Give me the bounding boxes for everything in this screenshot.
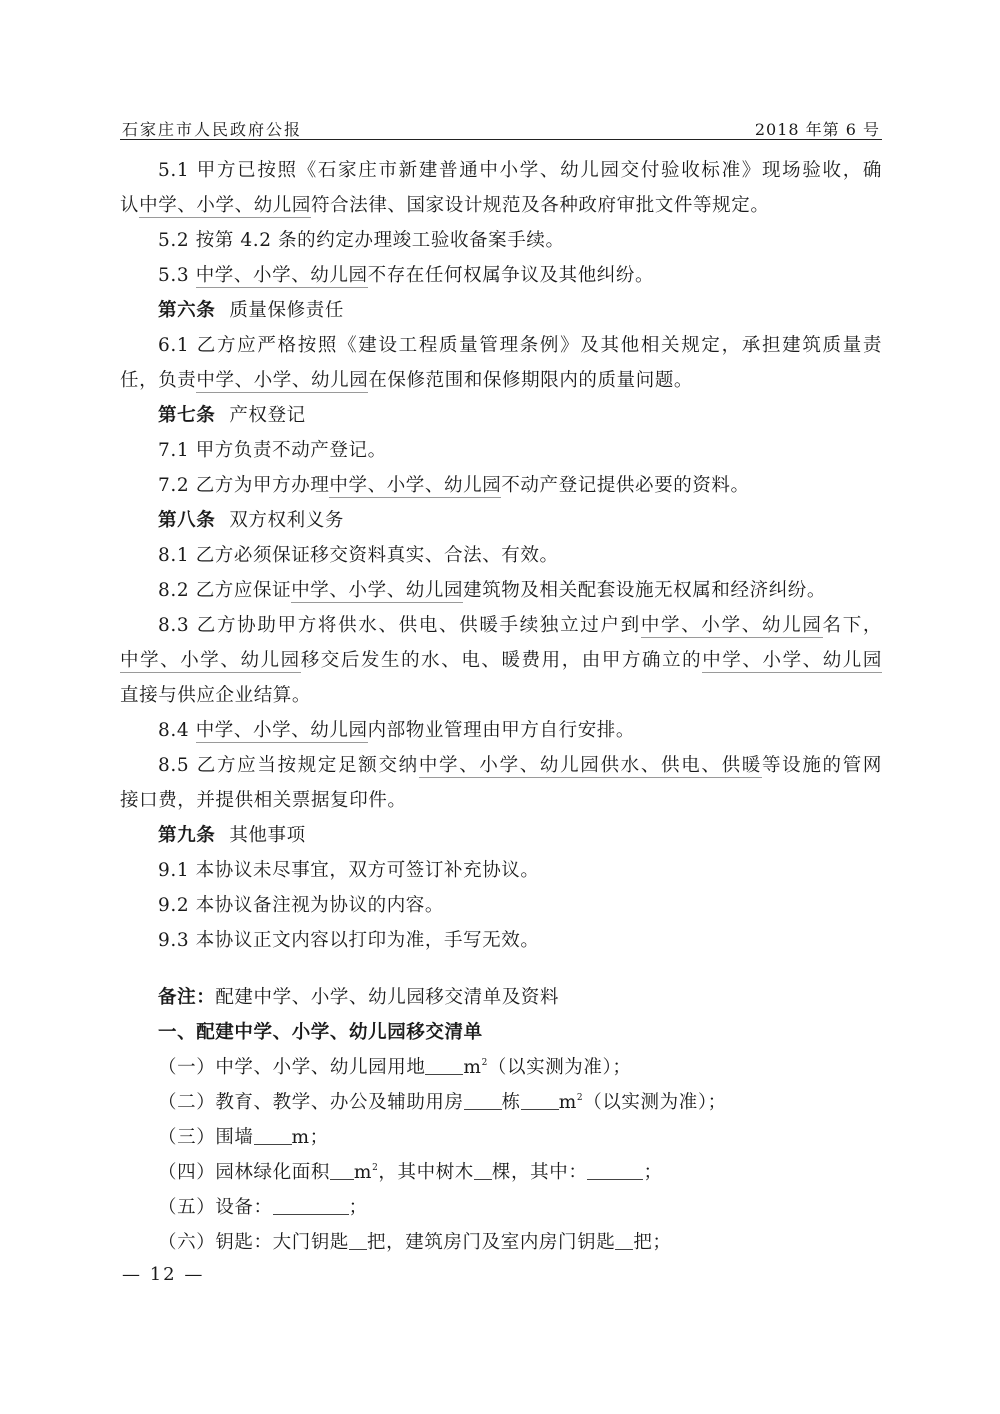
underlined-term: 中学、小学、幼儿园 <box>139 195 311 218</box>
clause-6-1-line-1: 6.1 乙方应严格按照《建设工程质量管理条例》及其他相关规定，承担建筑质量责 <box>120 330 882 365</box>
article-title: 第七条 <box>158 405 215 426</box>
unit: m <box>559 1092 577 1113</box>
item-tail: m； <box>292 1127 329 1148</box>
section-1-title: 一、配建中学、小学、幼儿园移交清单 <box>120 1017 882 1052</box>
blank-field <box>425 1056 463 1075</box>
underlined-term: 中学、小学、幼儿园 <box>329 475 501 498</box>
item-text: 设备： <box>215 1197 272 1218</box>
blank-field <box>474 1161 492 1180</box>
article-6-heading: 第六条质量保修责任 <box>120 295 882 330</box>
blank-field <box>273 1196 349 1215</box>
item-text: 棵，其中： <box>492 1162 588 1183</box>
item-number: （一） <box>158 1057 215 1078</box>
item-number: （四） <box>158 1162 215 1183</box>
item-text: 栋 <box>502 1092 521 1113</box>
underlined-term: 中学、小学、幼儿园 <box>641 615 823 638</box>
item-tail: （以实测为准）； <box>583 1092 727 1113</box>
clause-8-3-line-3: 直接与供应企业结算。 <box>120 680 882 715</box>
unit: m <box>354 1162 372 1183</box>
text: 不动产登记提供必要的资料。 <box>501 475 749 496</box>
list-item-3: （三）围墙m； <box>120 1122 882 1157</box>
text: 8.5 乙方应当按规定足额交纳 <box>158 755 419 776</box>
underlined-term: 中学、小学、幼儿园 <box>120 650 301 673</box>
clause-9-2: 9.2 本协议备注视为协议的内容。 <box>120 890 882 925</box>
clause-6-1-line-2: 任，负责中学、小学、幼儿园在保修范围和保修期限内的质量问题。 <box>120 365 882 400</box>
document-body: 5.1 甲方已按照《石家庄市新建普通中小学、幼儿园交付验收标准》现场验收，确 认… <box>120 155 882 1262</box>
article-name: 双方权利义务 <box>229 510 344 531</box>
clause-number: 8.4 <box>158 720 196 741</box>
underlined-term: 中学、小学、幼儿园 <box>196 265 368 288</box>
item-number: （三） <box>158 1127 215 1148</box>
clause-8-3-line-1: 8.3 乙方协助甲方将供水、供电、供暖手续独立过户到中学、小学、幼儿园名下， <box>120 610 882 645</box>
page-number: — 12 — <box>122 1264 204 1285</box>
text: 名下， <box>823 615 882 636</box>
list-item-5: （五）设备：； <box>120 1192 882 1227</box>
remarks-label: 备注： <box>158 987 215 1008</box>
article-9-heading: 第九条其他事项 <box>120 820 882 855</box>
item-tail: ； <box>349 1197 368 1218</box>
page-header: 石家庄市人民政府公报 2018 年第 6 号 <box>120 117 882 140</box>
blank-field <box>615 1231 633 1250</box>
underlined-term: 中学、小学、幼儿园 <box>291 580 463 603</box>
text: 8.2 乙方应保证 <box>158 580 291 601</box>
clause-number: 5.3 <box>158 265 196 286</box>
text: 等设施的管网 <box>762 755 882 776</box>
list-item-4: （四）园林绿化面积m2，其中树木棵，其中：； <box>120 1157 882 1192</box>
blank-field <box>349 1231 367 1250</box>
clause-8-5-line-1: 8.5 乙方应当按规定足额交纳中学、小学、幼儿园供水、供电、供暖等设施的管网 <box>120 750 882 785</box>
remarks-text: 配建中学、小学、幼儿园移交清单及资料 <box>215 987 559 1008</box>
clause-8-1: 8.1 乙方必须保证移交资料真实、合法、有效。 <box>120 540 882 575</box>
text: 建筑物及相关配套设施无权属和经济纠纷。 <box>463 580 826 601</box>
item-tail: ； <box>643 1162 662 1183</box>
article-name: 质量保修责任 <box>229 300 344 321</box>
clause-8-4: 8.4 中学、小学、幼儿园内部物业管理由甲方自行安排。 <box>120 715 882 750</box>
clause-5-3: 5.3 中学、小学、幼儿园不存在任何权属争议及其他纠纷。 <box>120 260 882 295</box>
underlined-term: 中学、小学、幼儿园供水、供电、供暖 <box>419 755 762 778</box>
item-text: 教育、教学、办公及辅助用房 <box>215 1092 463 1113</box>
underlined-term: 中学、小学、幼儿园 <box>196 720 368 743</box>
text: 7.2 乙方为甲方办理 <box>158 475 329 496</box>
blank-field <box>330 1161 354 1180</box>
item-text: 围墙 <box>215 1127 253 1148</box>
item-text: 钥匙：大门钥匙 <box>215 1232 349 1253</box>
list-item-2: （二）教育、教学、办公及辅助用房栋m2（以实测为准）； <box>120 1087 882 1122</box>
clause-8-3-line-2: 中学、小学、幼儿园移交后发生的水、电、暖费用，由甲方确立的中学、小学、幼儿园 <box>120 645 882 680</box>
article-title: 第九条 <box>158 825 215 846</box>
item-number: （五） <box>158 1197 215 1218</box>
item-number: （六） <box>158 1232 215 1253</box>
blank-field <box>521 1091 559 1110</box>
article-8-heading: 第八条双方权利义务 <box>120 505 882 540</box>
clause-5-2: 5.2 按第 4.2 条的约定办理竣工验收备案手续。 <box>120 225 882 260</box>
text: 符合法律、国家设计规范及各种政府审批文件等规定。 <box>311 195 769 216</box>
blank-field <box>464 1091 502 1110</box>
text: 任，负责 <box>120 370 196 391</box>
item-text: ，其中树木 <box>378 1162 474 1183</box>
clause-8-5-line-2: 接口费，并提供相关票据复印件。 <box>120 785 882 820</box>
underlined-term: 中学、小学、幼儿园 <box>702 650 882 673</box>
blank-field <box>254 1126 292 1145</box>
item-number: （二） <box>158 1092 215 1113</box>
clause-7-1: 7.1 甲方负责不动产登记。 <box>120 435 882 470</box>
publication-name: 石家庄市人民政府公报 <box>122 117 302 140</box>
article-title: 第六条 <box>158 300 215 321</box>
issue-number: 2018 年第 6 号 <box>755 117 880 140</box>
item-tail: 把； <box>633 1232 671 1253</box>
unit: m <box>463 1057 481 1078</box>
text: 移交后发生的水、电、暖费用，由甲方确立的 <box>301 650 703 671</box>
clause-9-1: 9.1 本协议未尽事宜，双方可签订补充协议。 <box>120 855 882 890</box>
text: 在保修范围和保修期限内的质量问题。 <box>368 370 693 391</box>
article-title: 第八条 <box>158 510 215 531</box>
clause-8-2: 8.2 乙方应保证中学、小学、幼儿园建筑物及相关配套设施无权属和经济纠纷。 <box>120 575 882 610</box>
text: 内部物业管理由甲方自行安排。 <box>368 720 635 741</box>
text: 8.3 乙方协助甲方将供水、供电、供暖手续独立过户到 <box>158 615 641 636</box>
list-item-1: （一）中学、小学、幼儿园用地m2（以实测为准）； <box>120 1052 882 1087</box>
item-text: 中学、小学、幼儿园用地 <box>215 1057 425 1078</box>
clause-7-2: 7.2 乙方为甲方办理中学、小学、幼儿园不动产登记提供必要的资料。 <box>120 470 882 505</box>
document-page: 石家庄市人民政府公报 2018 年第 6 号 5.1 甲方已按照《石家庄市新建普… <box>0 0 1000 1414</box>
article-name: 其他事项 <box>229 825 305 846</box>
item-text: 把，建筑房门及室内房门钥匙 <box>367 1232 615 1253</box>
article-7-heading: 第七条产权登记 <box>120 400 882 435</box>
remarks-heading: 备注：配建中学、小学、幼儿园移交清单及资料 <box>120 982 882 1017</box>
article-name: 产权登记 <box>229 405 305 426</box>
text: 不存在任何权属争议及其他纠纷。 <box>368 265 655 286</box>
item-text: 园林绿化面积 <box>215 1162 330 1183</box>
clause-5-1-line-2: 认中学、小学、幼儿园符合法律、国家设计规范及各种政府审批文件等规定。 <box>120 190 882 225</box>
clause-9-3: 9.3 本协议正文内容以打印为准，手写无效。 <box>120 925 882 960</box>
blank-field <box>587 1161 643 1180</box>
clause-5-1-line-1: 5.1 甲方已按照《石家庄市新建普通中小学、幼儿园交付验收标准》现场验收，确 <box>120 155 882 190</box>
underlined-term: 中学、小学、幼儿园 <box>196 370 368 393</box>
text: 认 <box>120 195 139 216</box>
list-item-6: （六）钥匙：大门钥匙把，建筑房门及室内房门钥匙把； <box>120 1227 882 1262</box>
item-tail: （以实测为准）； <box>488 1057 632 1078</box>
